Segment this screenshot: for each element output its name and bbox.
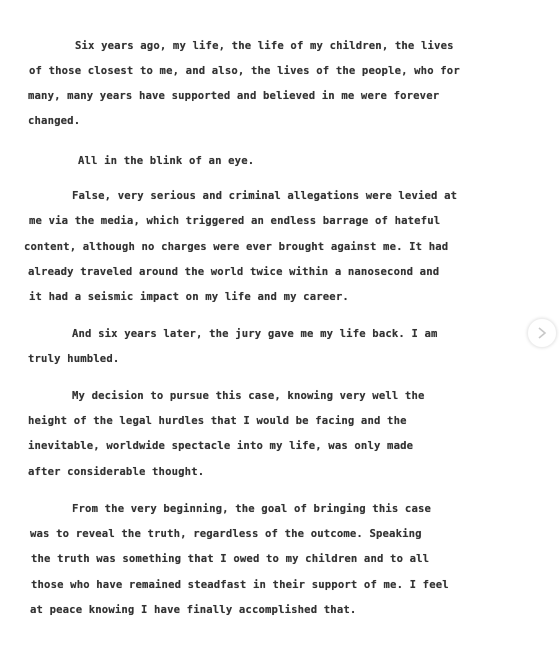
text-line: was to reveal the truth, regardless of t… (30, 528, 422, 540)
chevron-right-icon (537, 327, 547, 339)
text-line: truly humbled. (28, 353, 119, 365)
text-line: changed. (28, 115, 80, 127)
text-line: many, many years have supported and beli… (28, 90, 439, 102)
text-line: those who have remained steadfast in the… (31, 579, 449, 591)
text-line: From the very beginning, the goal of bri… (72, 503, 431, 515)
text-line: the truth was something that I owed to m… (31, 553, 429, 565)
text-line: at peace knowing I have finally accompli… (30, 604, 356, 616)
text-line: inevitable, worldwide spectacle into my … (28, 440, 413, 452)
text-line: And six years later, the jury gave me my… (72, 328, 438, 340)
text-line: after considerable thought. (28, 466, 204, 478)
text-line: it had a seismic impact on my life and m… (29, 291, 349, 303)
text-line: content, although no charges were ever b… (24, 241, 448, 253)
text-line: Six years ago, my life, the life of my c… (75, 40, 454, 52)
typewritten-statement: Six years ago, my life, the life of my c… (0, 0, 559, 660)
text-line: already traveled around the world twice … (28, 266, 439, 278)
text-line: My decision to pursue this case, knowing… (72, 390, 425, 402)
text-line: All in the blink of an eye. (78, 155, 254, 167)
carousel-next-button[interactable] (527, 318, 557, 348)
text-line: me via the media, which triggered an end… (29, 215, 440, 227)
text-line: of those closest to me, and also, the li… (29, 65, 460, 77)
text-line: False, very serious and criminal allegat… (72, 190, 457, 202)
text-line: height of the legal hurdles that I would… (28, 415, 407, 427)
